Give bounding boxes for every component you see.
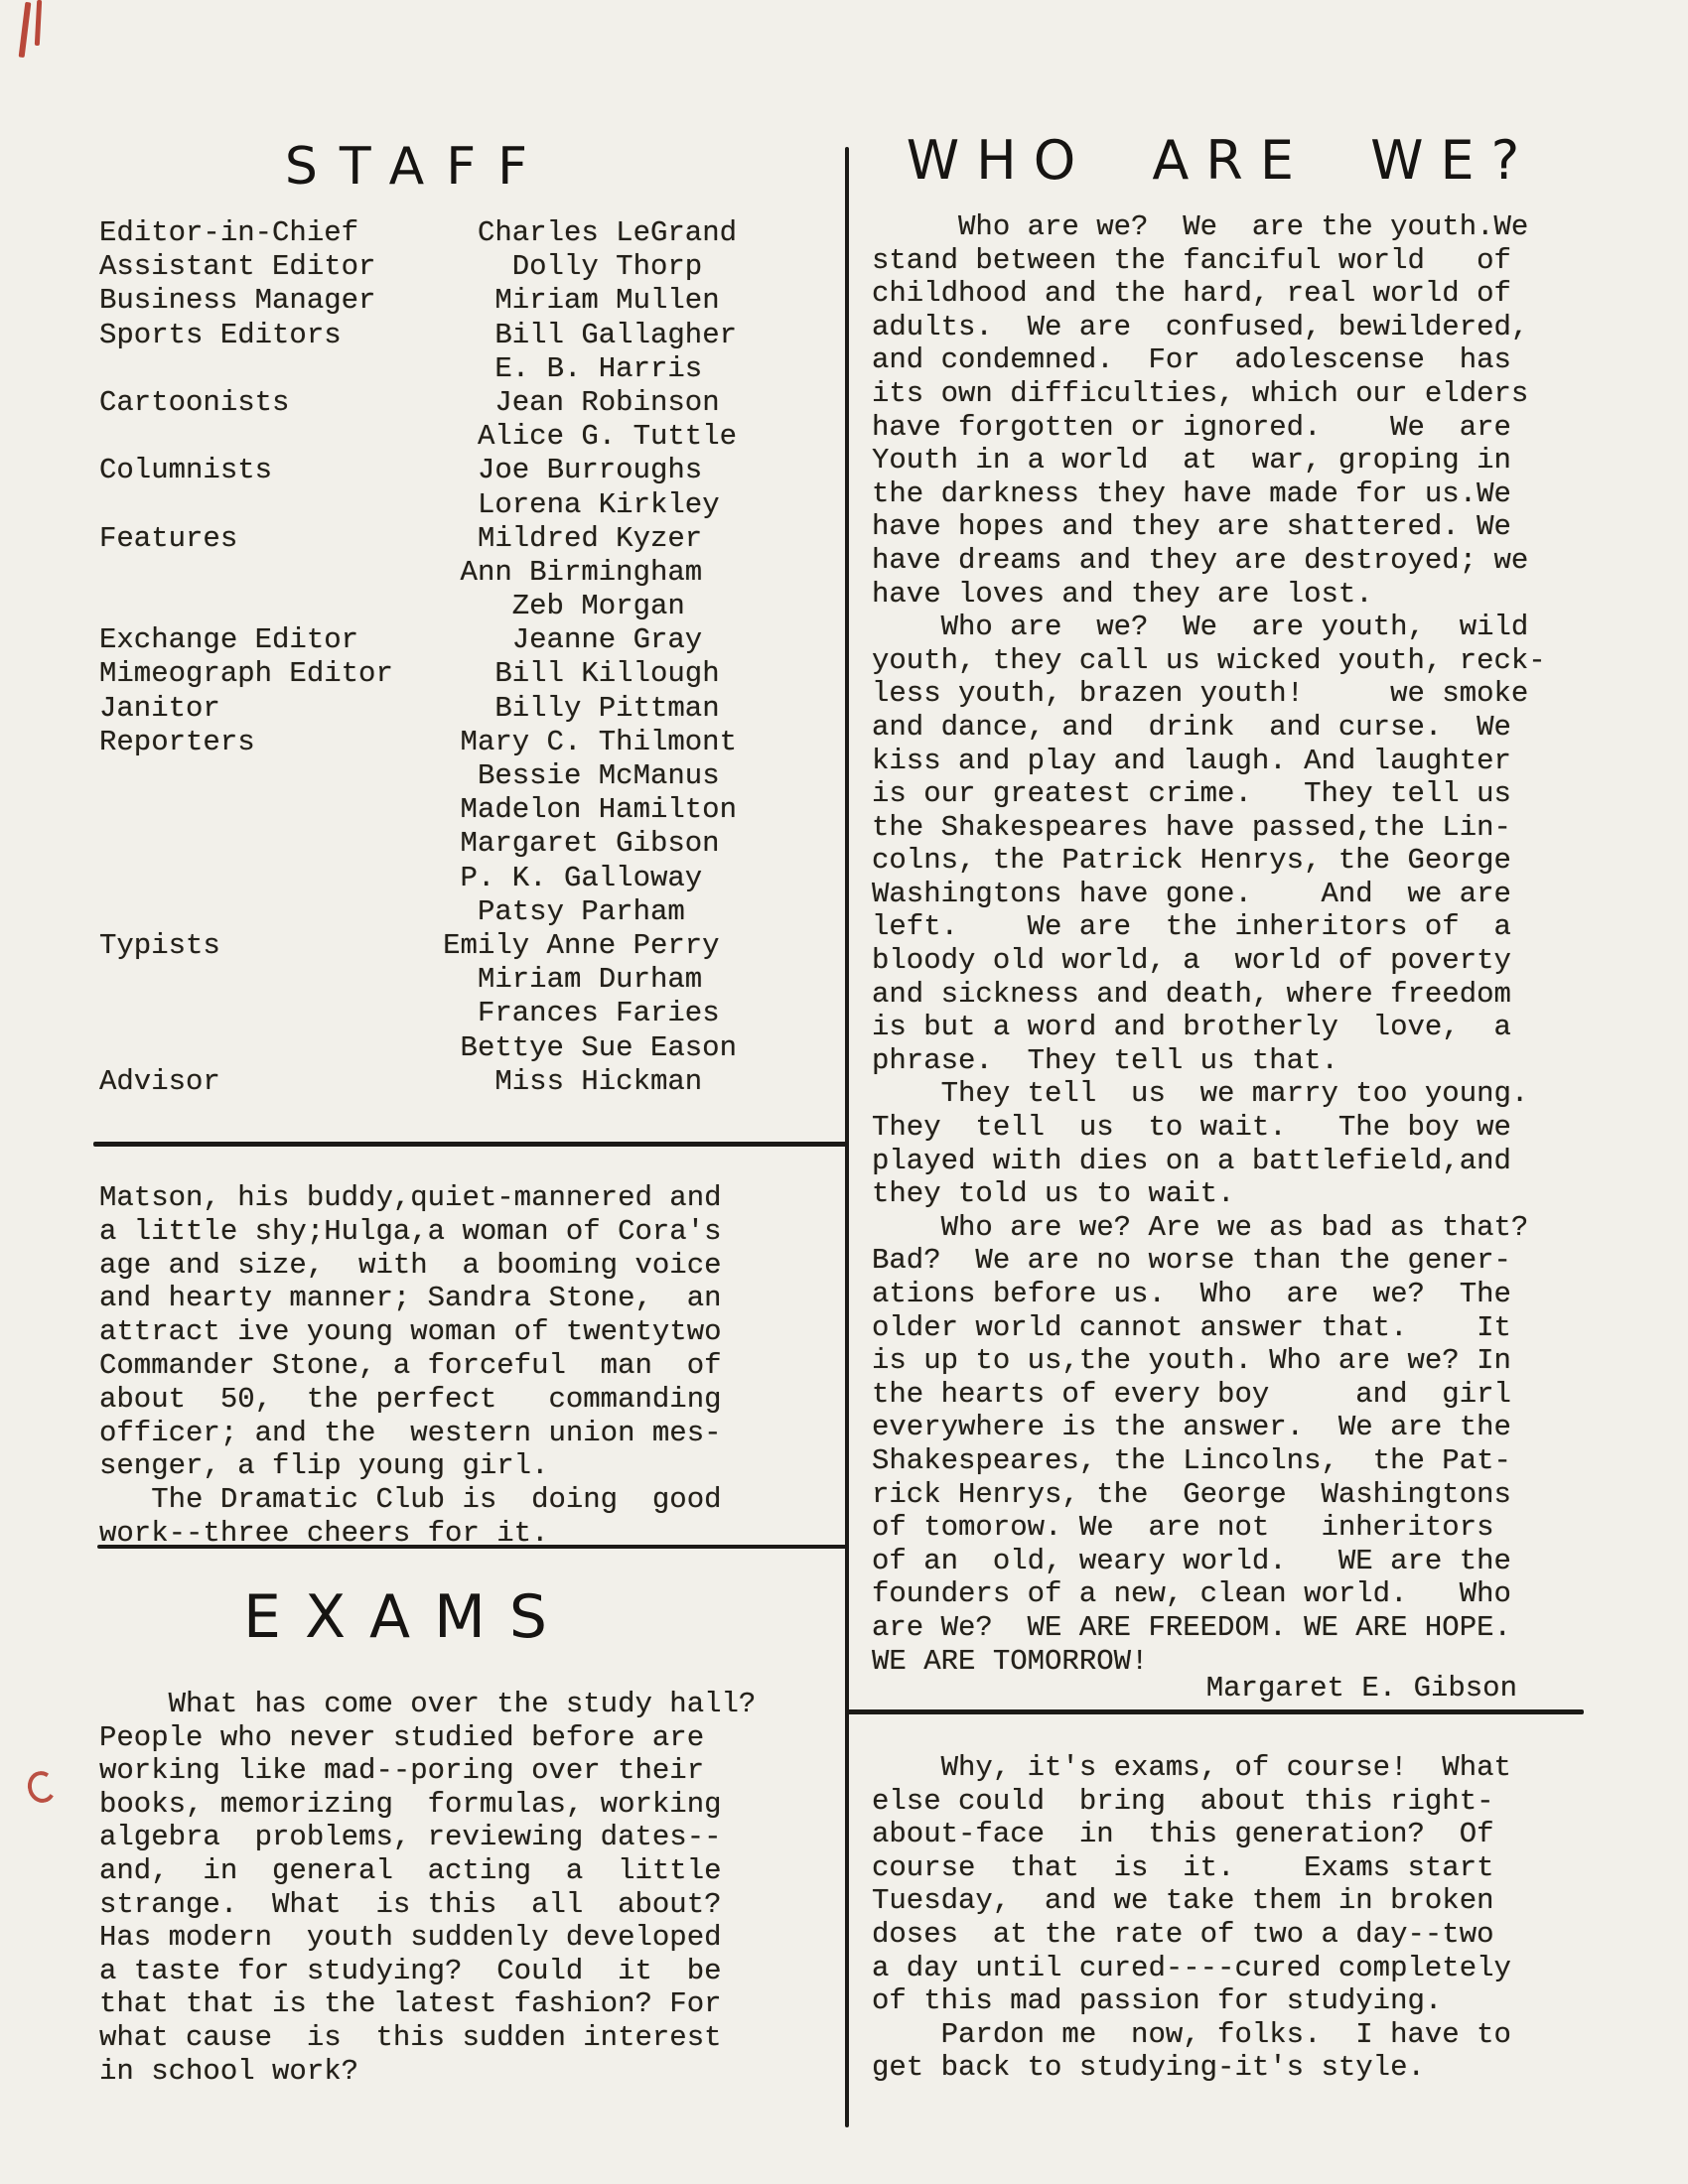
staff-row: AdvisorMiss Hickman (99, 1065, 737, 1099)
staff-list: Editor-in-ChiefCharles LeGrand Assistant… (99, 216, 737, 1099)
staff-role: Typists (99, 929, 220, 963)
red-pen-mark (19, 2, 32, 58)
who-are-we-article-text: Who are we? We are the youth.We stand be… (872, 210, 1546, 1678)
staff-name: Alice G. Tuttle (99, 420, 737, 454)
staff-name: Charles LeGrand (358, 216, 737, 250)
staff-row: JanitorBilly Pittman (99, 692, 737, 726)
staff-row: Frances Faries (99, 997, 737, 1030)
staff-role: Janitor (99, 692, 220, 726)
section-divider-line (847, 1709, 1584, 1714)
staff-name: Jeanne Gray (358, 623, 737, 657)
staff-name: Emily Anne Perry (220, 929, 737, 963)
staff-row: Zeb Morgan (99, 590, 737, 623)
staff-name: E. B. Harris (99, 352, 737, 386)
staff-role: Sports Editors (99, 319, 342, 352)
staff-row: Bettye Sue Eason (99, 1031, 737, 1065)
staff-role: Assistant Editor (99, 250, 375, 284)
staff-name: Zeb Morgan (99, 590, 737, 623)
staff-name: Margaret Gibson (99, 827, 737, 861)
staff-name: Jean Robinson (289, 386, 737, 420)
staff-name: Joe Burroughs (272, 454, 737, 487)
staff-row: FeaturesMildred Kyzer (99, 522, 737, 556)
staff-name: Madelon Hamilton (99, 793, 737, 827)
staff-row: Miriam Durham (99, 963, 737, 997)
staff-row: Patsy Parham (99, 895, 737, 929)
section-divider-line (93, 1142, 847, 1147)
dramatic-club-article-text: Matson, his buddy,quiet-mannered and a l… (99, 1181, 722, 1551)
staff-row: ColumnistsJoe Burroughs (99, 454, 737, 487)
staff-name: Patsy Parham (99, 895, 737, 929)
staff-name: Miriam Mullen (375, 284, 737, 318)
staff-name: P. K. Galloway (99, 862, 737, 895)
red-pen-mark (25, 1768, 59, 1805)
staff-row: Lorena Kirkley (99, 488, 737, 522)
staff-name: Mildred Kyzer (237, 522, 737, 556)
red-pen-mark (35, 0, 42, 46)
staff-role: Advisor (99, 1065, 220, 1099)
staff-row: Exchange EditorJeanne Gray (99, 623, 737, 657)
staff-name: Lorena Kirkley (99, 488, 737, 522)
staff-role: Columnists (99, 454, 272, 487)
staff-role: Exchange Editor (99, 623, 358, 657)
staff-row: E. B. Harris (99, 352, 737, 386)
staff-name: Billy Pittman (220, 692, 737, 726)
staff-name: Bill Gallagher (342, 319, 737, 352)
staff-row: Editor-in-ChiefCharles LeGrand (99, 216, 737, 250)
staff-row: CartoonistsJean Robinson (99, 386, 737, 420)
staff-name: Mary C. Thilmont (255, 726, 737, 759)
staff-name: Miriam Durham (99, 963, 737, 997)
staff-role: Reporters (99, 726, 255, 759)
exams-article-text: What has come over the study hall? Peopl… (99, 1688, 756, 2088)
staff-row: Assistant EditorDolly Thorp (99, 250, 737, 284)
staff-row: Madelon Hamilton (99, 793, 737, 827)
staff-name: Bettye Sue Eason (99, 1031, 737, 1065)
staff-name: Dolly Thorp (375, 250, 737, 284)
staff-row: Alice G. Tuttle (99, 420, 737, 454)
staff-row: P. K. Galloway (99, 862, 737, 895)
staff-name: Miss Hickman (220, 1065, 737, 1099)
column-divider-line (845, 147, 849, 2127)
staff-row: Business ManagerMiriam Mullen (99, 284, 737, 318)
exams-heading: EXAMS (99, 1582, 715, 1652)
staff-role: Business Manager (99, 284, 375, 318)
staff-name: Ann Birmingham (99, 556, 737, 590)
exams-continued-text: Why, it's exams, of course! What else co… (872, 1751, 1511, 2085)
staff-heading: STAFF (99, 137, 735, 197)
staff-row: Bessie McManus (99, 759, 737, 793)
staff-name: Bill Killough (393, 657, 737, 691)
staff-name: Bessie McManus (99, 759, 737, 793)
staff-role: Mimeograph Editor (99, 657, 393, 691)
staff-row: TypistsEmily Anne Perry (99, 929, 737, 963)
staff-name: Frances Faries (99, 997, 737, 1030)
staff-row: Ann Birmingham (99, 556, 737, 590)
staff-row: Sports EditorsBill Gallagher (99, 319, 737, 352)
staff-role: Features (99, 522, 237, 556)
who-are-we-heading: WHO ARE WE? (874, 129, 1569, 192)
newspaper-page: STAFF Editor-in-ChiefCharles LeGrand Ass… (0, 0, 1688, 2184)
staff-role: Editor-in-Chief (99, 216, 358, 250)
staff-role: Cartoonists (99, 386, 289, 420)
staff-row: ReportersMary C. Thilmont (99, 726, 737, 759)
staff-row: Margaret Gibson (99, 827, 737, 861)
article-byline: Margaret E. Gibson (872, 1672, 1517, 1705)
staff-row: Mimeograph EditorBill Killough (99, 657, 737, 691)
